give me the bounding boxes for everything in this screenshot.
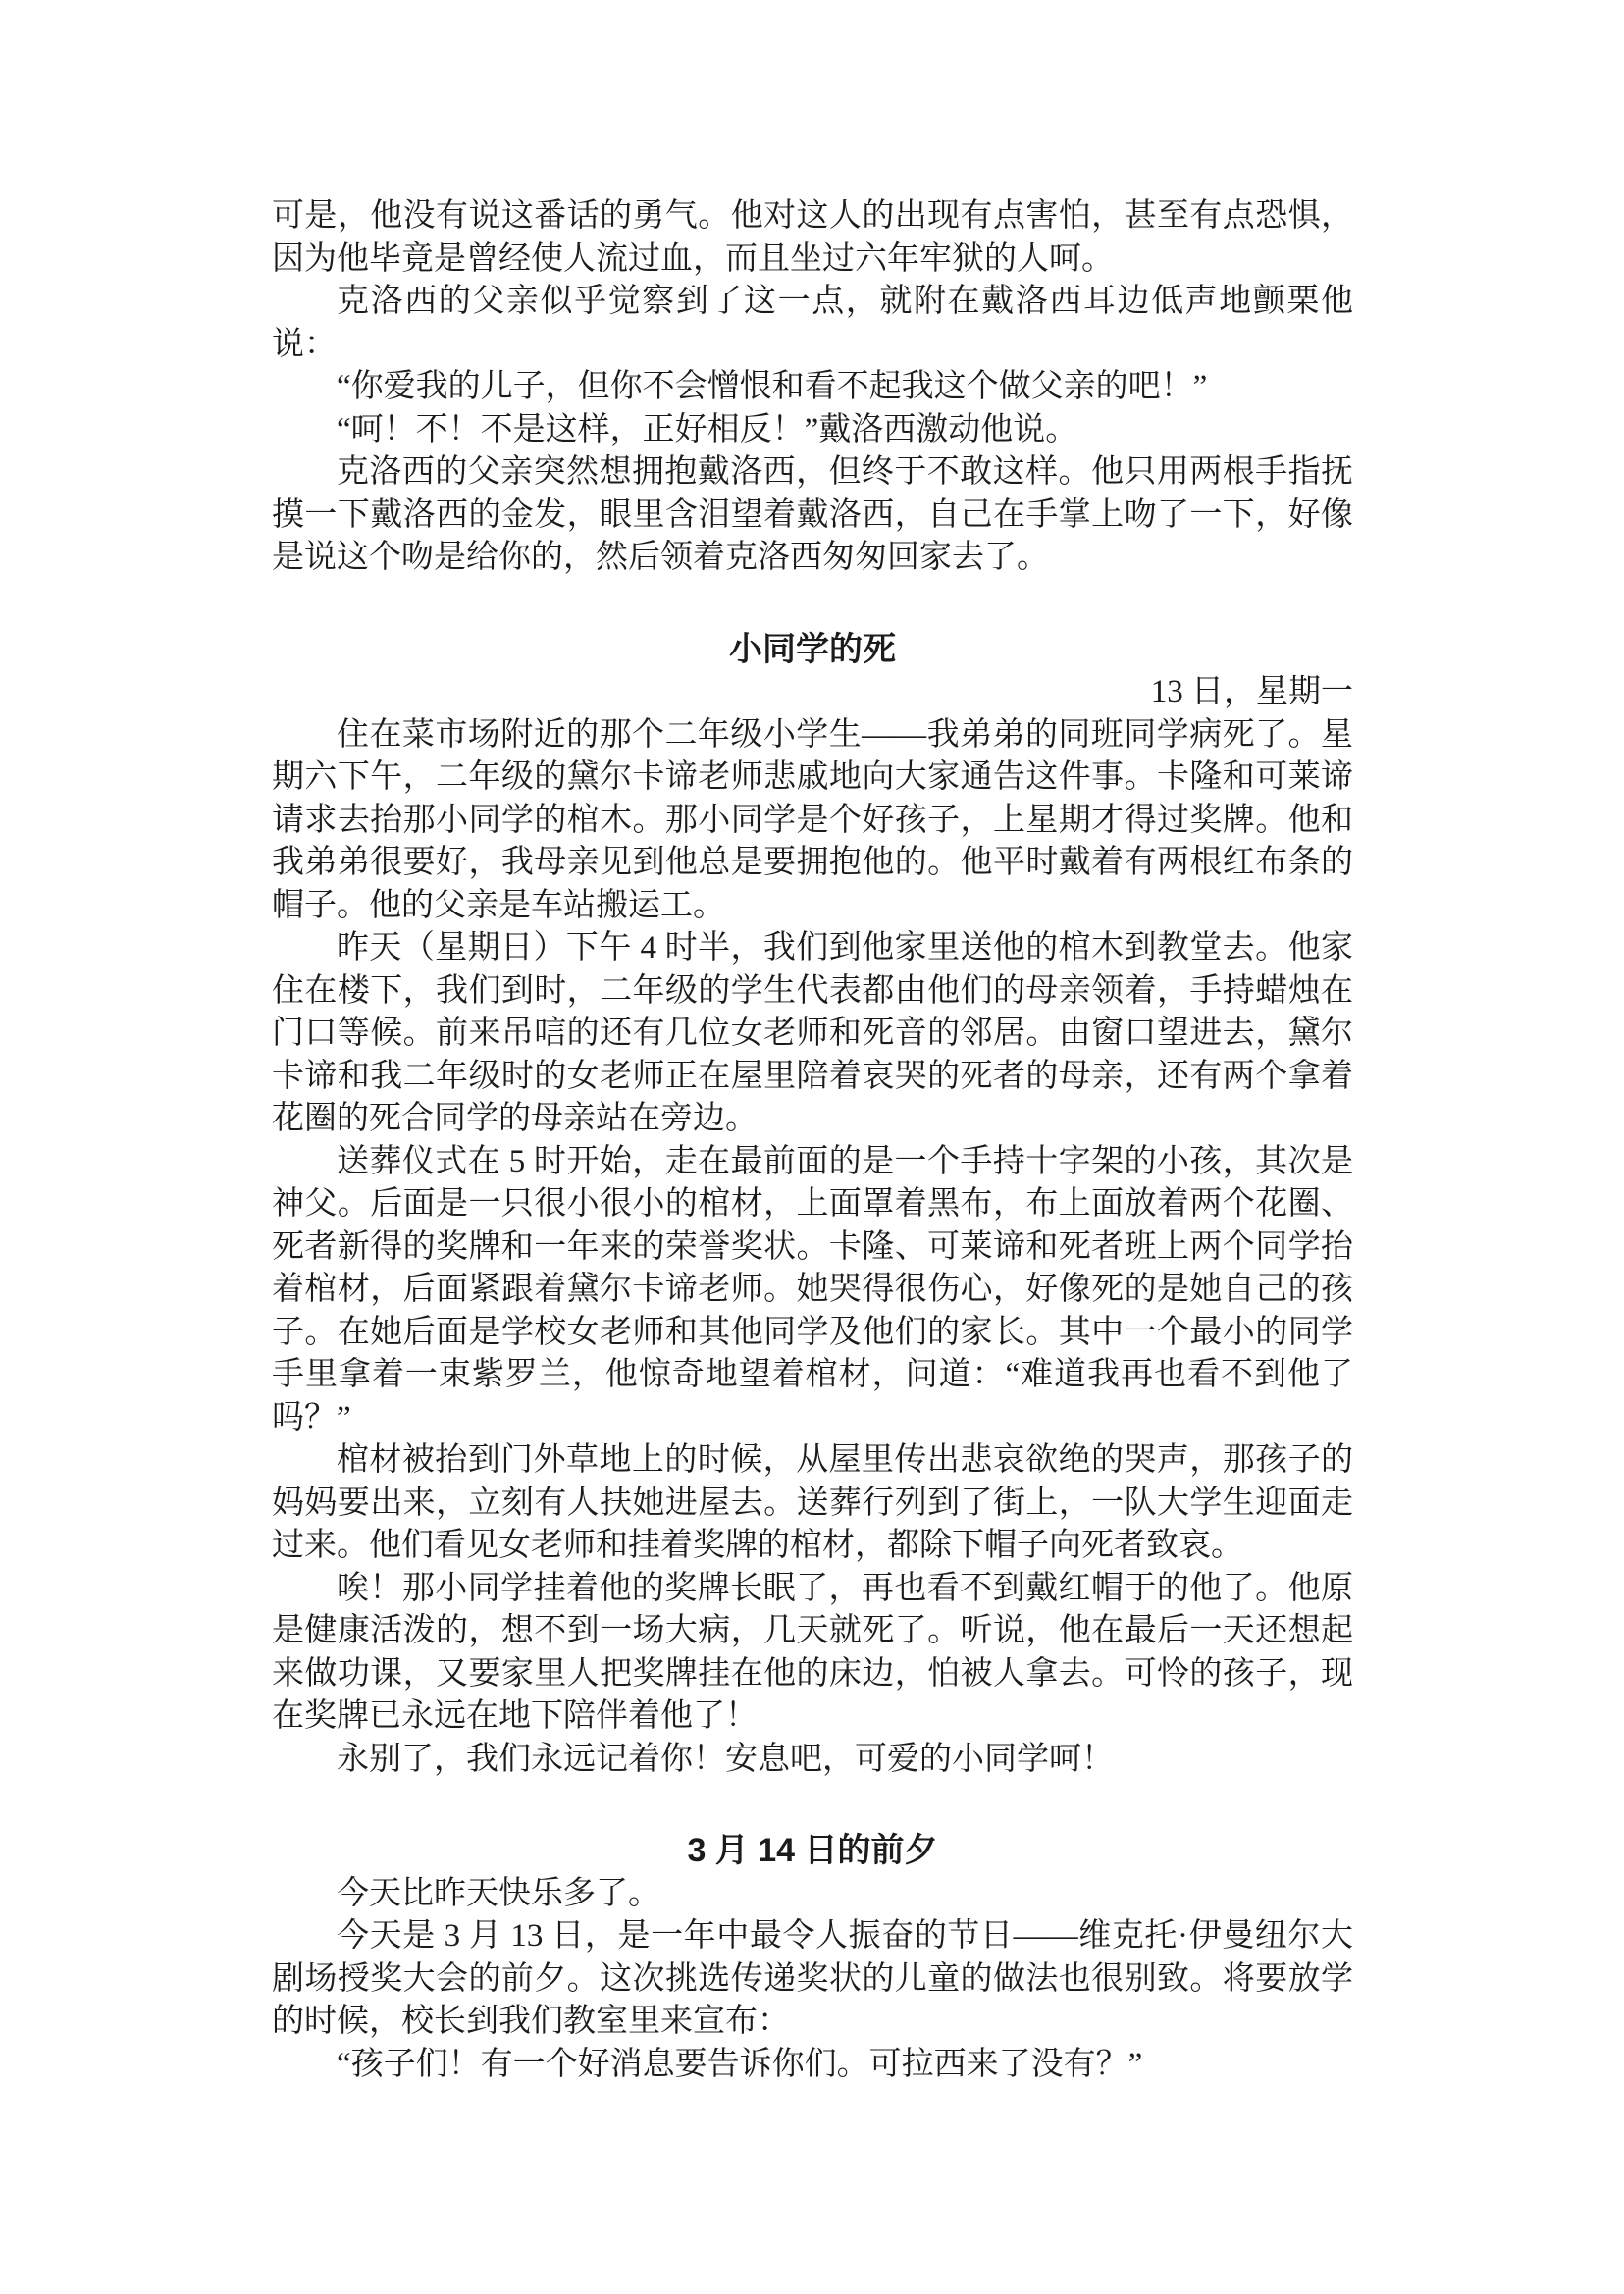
text-line: 可是，他没有说这番话的勇气。他对这人的出现有点害怕，甚至有点恐惧， xyxy=(272,195,1353,238)
text-line: 我弟弟很要好，我母亲见到他总是要拥抱他的。他平时戴着有两根红布条的 xyxy=(272,842,1353,885)
text-line: 永别了，我们永远记着你！安息吧，可爱的小同学呵！ xyxy=(272,1739,1353,1782)
text-line: 今天是 3 月 13 日，是一年中最令人振奋的节日——维克托·伊曼纽尔大 xyxy=(272,1915,1353,1958)
text-line: 是健康活泼的，想不到一场大病，几天就死了。听说，他在最后一天还想起 xyxy=(272,1610,1353,1653)
text-line: “你爱我的儿子，但你不会憎恨和看不起我这个做父亲的吧！” xyxy=(272,366,1353,409)
text-line: 帽子。他的父亲是车站搬运工。 xyxy=(272,885,1353,928)
text-line: 昨天（星期日）下午 4 时半，我们到他家里送他的棺木到教堂去。他家 xyxy=(272,927,1353,970)
document-body: 可是，他没有说这番话的勇气。他对这人的出现有点害怕，甚至有点恐惧，因为他毕竟是曾… xyxy=(272,195,1353,2086)
text-line: 住在菜市场附近的那个二年级小学生——我弟弟的同班同学病死了。星 xyxy=(272,714,1353,757)
text-line: 摸一下戴洛西的金发，眼里含泪望着戴洛西，自己在手掌上吻了一下，好像 xyxy=(272,495,1353,538)
text-line: 剧场授奖大会的前夕。这次挑选传递奖状的儿童的做法也很别致。将要放学 xyxy=(272,1958,1353,2002)
text-line: 花圈的死合同学的母亲站在旁边。 xyxy=(272,1098,1353,1141)
text-line: 着棺材，后面紧跟着黛尔卡谛老师。她哭得很伤心，好像死的是她自己的孩 xyxy=(272,1269,1353,1312)
section-heading: 3 月 14 日的前夕 xyxy=(272,1830,1353,1873)
text-line: “孩子们！有一个好消息要告诉你们。可拉西来了没有？” xyxy=(272,2044,1353,2087)
text-line: 卡谛和我二年级时的女老师正在屋里陪着哀哭的死者的母亲，还有两个拿着 xyxy=(272,1056,1353,1099)
text-line: 神父。后面是一只很小很小的棺材，上面罩着黑布，布上面放着两个花圈、 xyxy=(272,1183,1353,1226)
book-page: 可是，他没有说这番话的勇气。他对这人的出现有点害怕，甚至有点恐惧，因为他毕竟是曾… xyxy=(0,0,1624,2294)
text-line: 因为他毕竟是曾经使人流过血，而且坐过六年牢狱的人呵。 xyxy=(272,238,1353,282)
text-line: 棺材被抬到门外草地上的时候，从屋里传出悲哀欲绝的哭声，那孩子的 xyxy=(272,1439,1353,1483)
text-line: 克洛西的父亲突然想拥抱戴洛西，但终于不敢这样。他只用两根手指抚 xyxy=(272,451,1353,495)
text-line: 妈妈要出来，立刻有人扶她进屋去。送葬行列到了街上，一队大学生迎面走 xyxy=(272,1483,1353,1526)
text-line: 送葬仪式在 5 时开始，走在最前面的是一个手持十字架的小孩，其次是 xyxy=(272,1141,1353,1184)
text-line: 门口等候。前来吊唁的还有几位女老师和死音的邻居。由窗口望进去，黛尔 xyxy=(272,1013,1353,1056)
text-line: 请求去抬那小同学的棺木。那小同学是个好孩子，上星期才得过奖牌。他和 xyxy=(272,800,1353,843)
text-line: 的时候，校长到我们教室里来宣布： xyxy=(272,2001,1353,2044)
text-line: 死者新得的奖牌和一年来的荣誉奖状。卡隆、可莱谛和死者班上两个同学抬 xyxy=(272,1226,1353,1270)
date-line: 13 日，星期一 xyxy=(272,671,1353,714)
text-line: 在奖牌已永远在地下陪伴着他了！ xyxy=(272,1695,1353,1739)
text-line: 手里拿着一束紫罗兰，他惊奇地望着棺材，问道：“难道我再也看不到他了 xyxy=(272,1354,1353,1397)
text-line: 住在楼下，我们到时，二年级的学生代表都由他们的母亲领着，手持蜡烛在 xyxy=(272,970,1353,1014)
text-line: 说： xyxy=(272,324,1353,367)
section-heading: 小同学的死 xyxy=(272,629,1353,672)
text-line: 吗？” xyxy=(272,1397,1353,1440)
text-line: 来做功课，又要家里人把奖牌挂在他的床边，怕被人拿去。可怜的孩子，现 xyxy=(272,1653,1353,1696)
text-line: 唉！那小同学挂着他的奖牌长眠了，再也看不到戴红帽于的他了。他原 xyxy=(272,1568,1353,1611)
text-line: 期六下午，二年级的黛尔卡谛老师悲戚地向大家通告这件事。卡隆和可莱谛 xyxy=(272,756,1353,800)
text-line: 子。在她后面是学校女老师和其他同学及他们的家长。其中一个最小的同学 xyxy=(272,1312,1353,1355)
text-line: 今天比昨天快乐多了。 xyxy=(272,1873,1353,1916)
text-line: 过来。他们看见女老师和挂着奖牌的棺材，都除下帽子向死者致哀。 xyxy=(272,1525,1353,1568)
text-line: 是说这个吻是给你的，然后领着克洛西匆匆回家去了。 xyxy=(272,537,1353,580)
text-line: “呵！不！不是这样，正好相反！”戴洛西激动他说。 xyxy=(272,409,1353,452)
text-line: 克洛西的父亲似乎觉察到了这一点，就附在戴洛西耳边低声地颤栗他 xyxy=(272,281,1353,324)
